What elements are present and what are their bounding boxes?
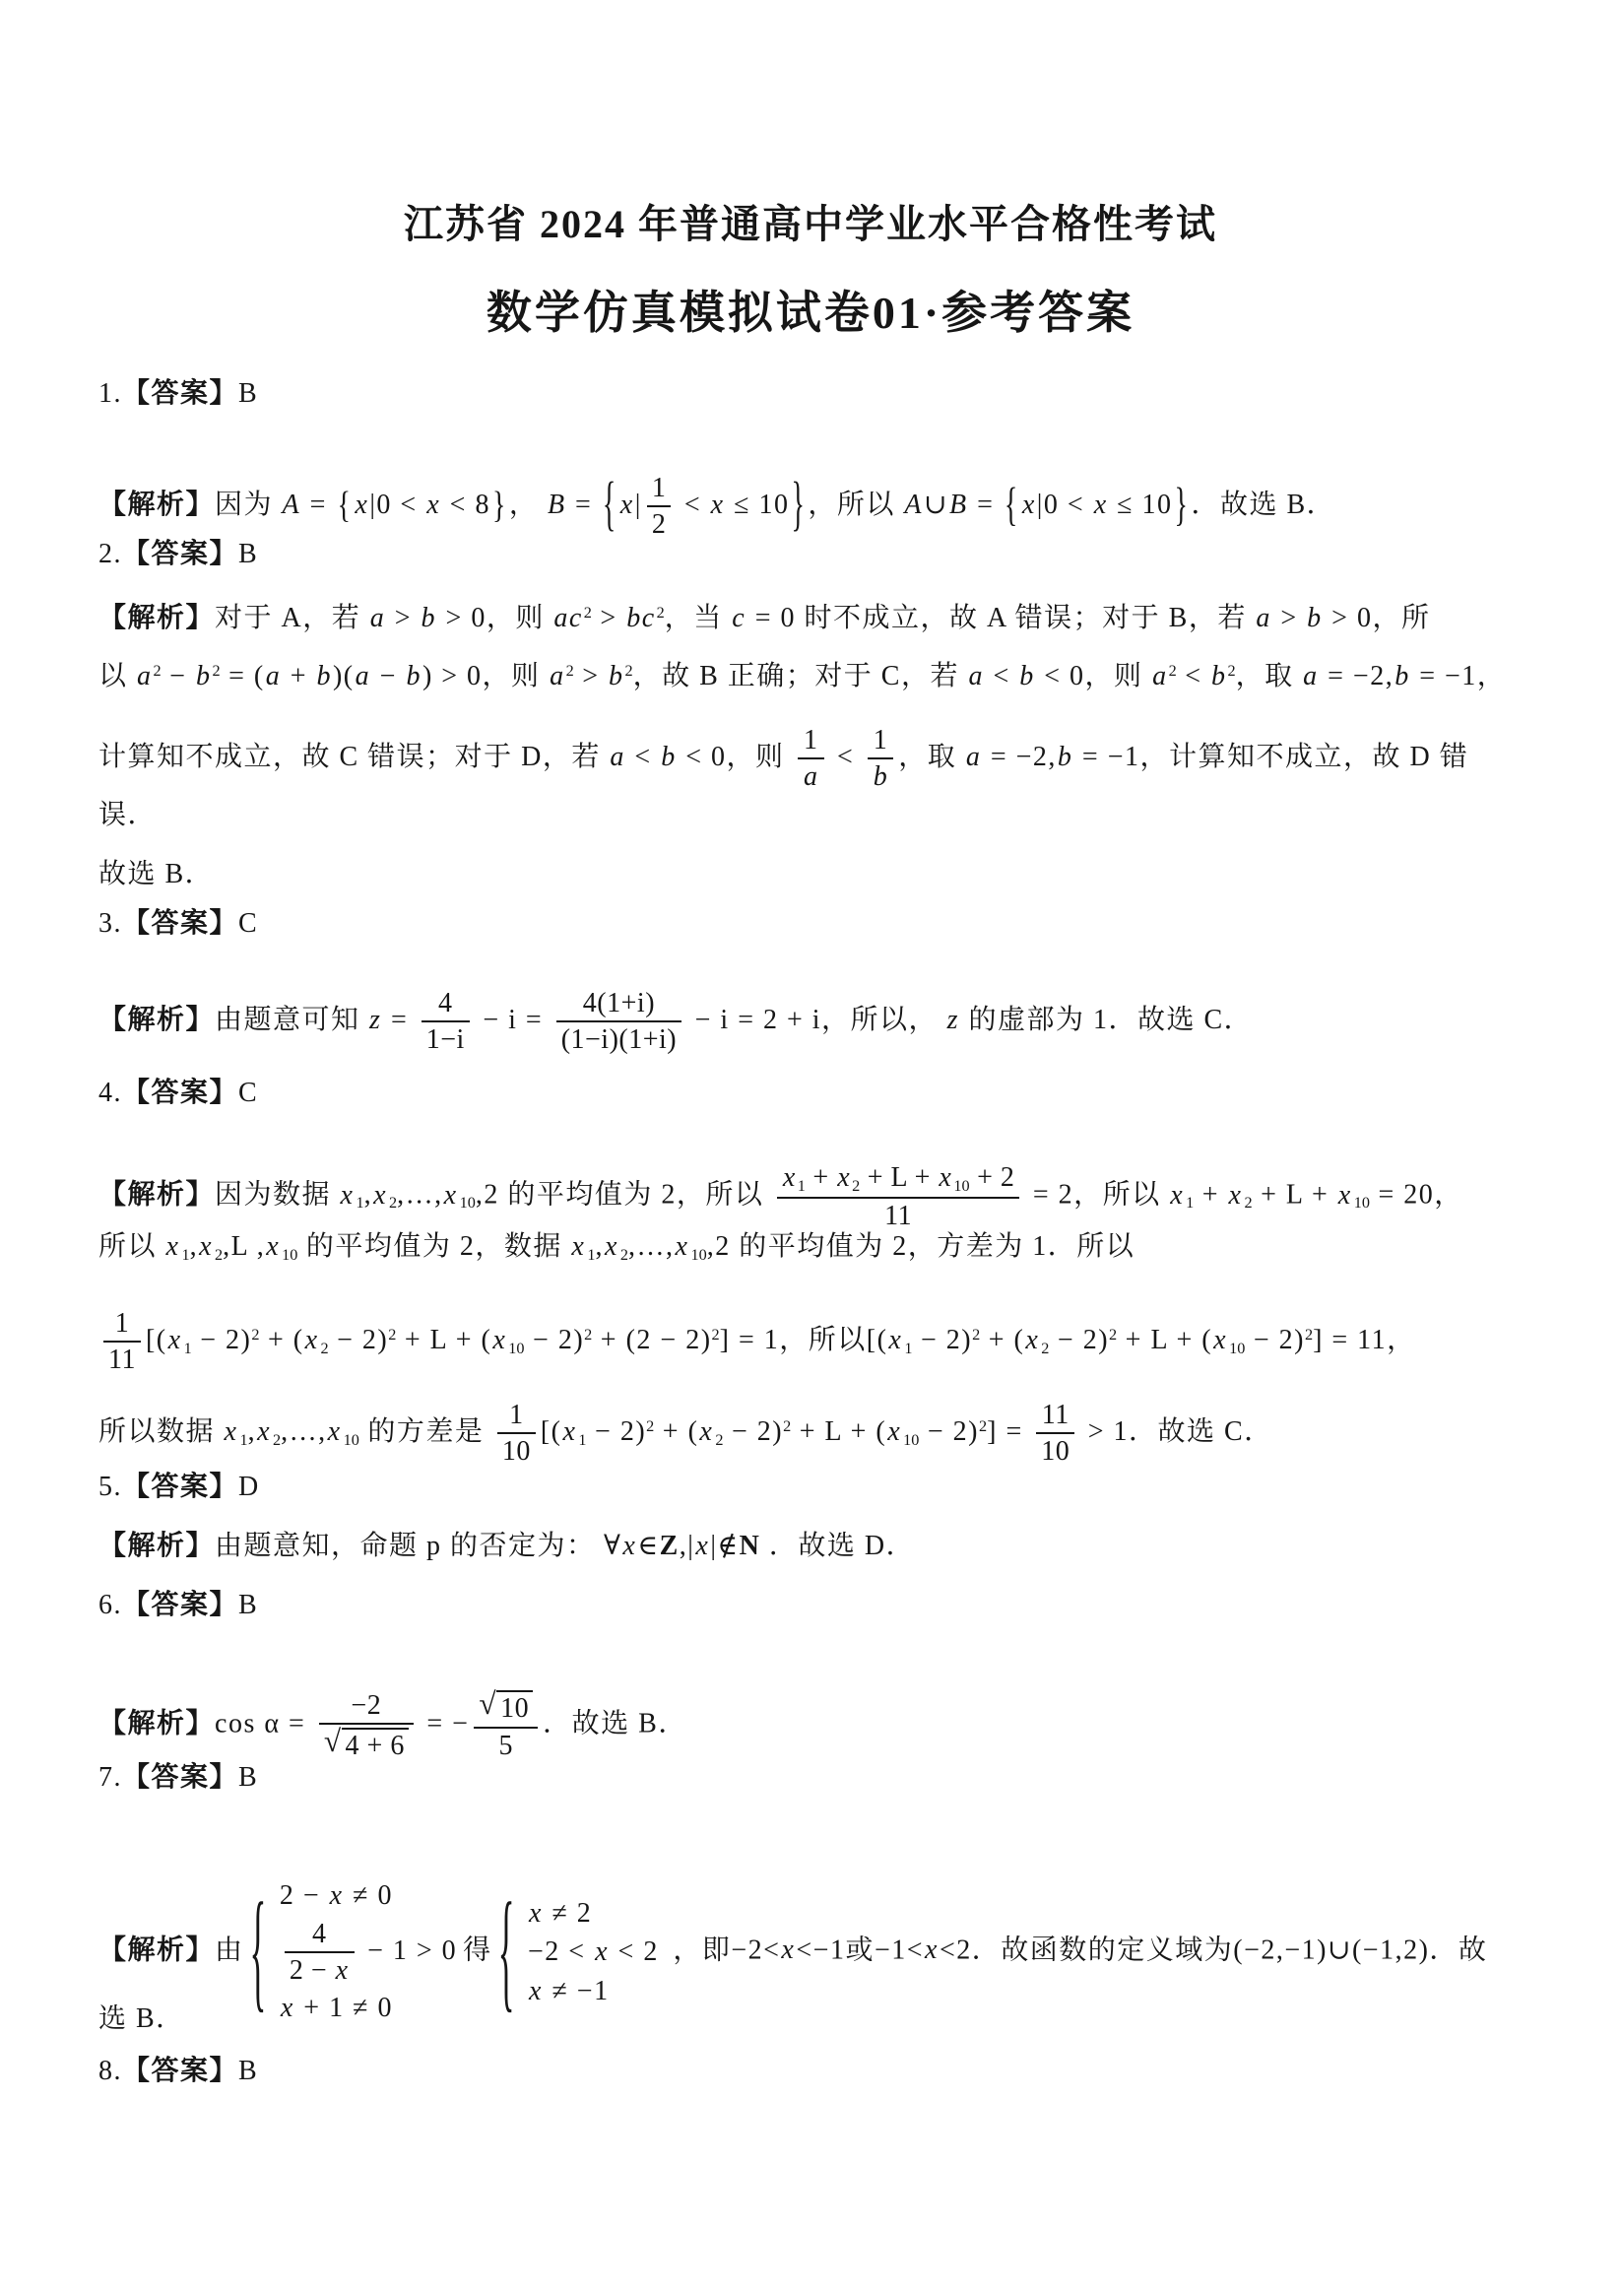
text-run: − 1 > 0	[359, 1935, 458, 1965]
text-run: <	[676, 490, 709, 520]
text-run: <−1或−1<	[796, 1935, 924, 1965]
text-run: > 0，所	[1324, 603, 1431, 633]
text-run: 2	[652, 509, 667, 540]
subscript: 10	[690, 1246, 706, 1264]
math-variable: a	[803, 761, 819, 792]
fraction-numerator: −2	[319, 1690, 414, 1723]
fraction-numerator: 1	[497, 1400, 536, 1432]
q5-answer-line: 5.【答案】D	[98, 1471, 1576, 1504]
text-run: 的虚部为 1．故选 C．	[960, 1005, 1253, 1035]
text-run: 以	[98, 661, 136, 691]
bold-text: N	[740, 1531, 761, 1561]
math-variable: x	[782, 1162, 797, 1193]
superscript: 2	[584, 604, 592, 622]
bold-text: Z	[660, 1531, 680, 1561]
math-variable: x	[491, 1325, 507, 1355]
fraction-numerator: 11	[1036, 1400, 1074, 1432]
fraction-denominator: 10	[497, 1432, 536, 1467]
text-run: +	[282, 661, 315, 691]
superscript: 2	[154, 662, 162, 680]
bold-text: 【答案】	[122, 378, 238, 409]
text-run: − 2)	[1049, 1325, 1109, 1355]
math-variable: x	[710, 490, 726, 520]
text-run: ，当	[665, 603, 732, 633]
text-run: ．故选 B．	[543, 1709, 687, 1739]
subscript: 1	[239, 1431, 247, 1449]
text-run: −	[371, 661, 405, 691]
square-root: √4 + 6	[324, 1728, 409, 1762]
fraction-numerator: 4(1+i)	[556, 988, 681, 1020]
math-variable: b	[873, 761, 889, 792]
superscript: 2	[1227, 662, 1235, 680]
fraction-numerator: 1	[647, 473, 672, 505]
subscript: 10	[903, 1431, 919, 1449]
text-run: D	[238, 1472, 260, 1502]
fraction-denominator: √4 + 6	[319, 1723, 414, 1761]
text-run: −	[162, 661, 195, 691]
fraction-numerator: 4	[285, 1919, 355, 1951]
fraction-denominator: 2 − x	[285, 1951, 355, 1986]
superscript: 2	[657, 604, 665, 622]
equation-system: {x ≠ 2−2 < x < 2x ≠ −1	[498, 1897, 659, 2008]
text-run: |	[635, 490, 642, 520]
text-run: B	[238, 1590, 258, 1620]
fraction-numerator: x1 + x2 + L + x10 + 2	[777, 1162, 1020, 1197]
text-run: −2	[351, 1690, 381, 1721]
text-run: =	[567, 490, 601, 520]
radicand: 4 + 6	[342, 1728, 409, 1762]
text-run: B	[238, 1762, 258, 1793]
text-run: 6.	[98, 1590, 122, 1620]
text-run: |∉	[710, 1531, 739, 1561]
text-run: 2 −	[290, 1955, 335, 1986]
radical-icon: √	[479, 1688, 496, 1719]
text-run: ,	[248, 1416, 257, 1447]
text-run: − 2)	[329, 1325, 389, 1355]
document-page: 江苏省 2024 年普通高中学业水平合格性考试 数学仿真模拟试卷01·参考答案 …	[0, 0, 1621, 2296]
q2-analysis-line-1: 【解析】对于 A，若 a > b > 0，则 ac2 > bc2，当 c = 0…	[98, 596, 1576, 635]
math-variable: x	[924, 1935, 940, 1965]
text-run: 误．	[98, 800, 157, 830]
subscript: 2	[273, 1431, 281, 1449]
q7-answer-line: 7.【答案】B	[98, 1761, 1576, 1795]
text-run: 4	[312, 1919, 327, 1949]
fraction: 1a	[798, 725, 824, 793]
subscript: 2	[215, 1246, 223, 1264]
square-root: √10	[479, 1690, 533, 1725]
text-run: 10	[1041, 1436, 1070, 1467]
math-variable: a	[1255, 603, 1272, 633]
text-run: < 2	[610, 1936, 659, 1967]
math-variable: a	[136, 661, 154, 691]
bold-text: 【答案】	[122, 1762, 238, 1793]
math-variable: a	[965, 742, 983, 772]
text-run: 4 + 6	[346, 1731, 405, 1761]
fraction: 1110	[1036, 1400, 1074, 1468]
text-run: < 8	[441, 490, 490, 520]
text-run: cos α =	[215, 1709, 314, 1739]
text-run: B	[238, 539, 258, 569]
math-variable: a	[549, 661, 566, 691]
fraction-denominator: b	[868, 757, 894, 792]
math-variable: x	[167, 1325, 183, 1355]
text-run: ∈	[637, 1531, 659, 1561]
equation-row: x ≠ 2	[528, 1897, 659, 1931]
text-run: 2.	[98, 539, 122, 569]
q4-analysis-line-4: 所以数据 x1,x2,…,x10 的方差是 110[(x1 − 2)2 + (x…	[98, 1400, 1576, 1468]
math-variable: c	[731, 603, 746, 633]
math-variable: x	[329, 1880, 345, 1911]
text-run: 得	[463, 1935, 492, 1965]
text-run: − 2)	[723, 1416, 783, 1447]
text-run: > 1．故选 C．	[1079, 1416, 1272, 1447]
math-variable: b	[1306, 603, 1324, 633]
text-run: <	[829, 742, 863, 772]
q2-analysis-line-3: 计算知不成立，故 C 错误；对于 D，若 a < b < 0，则 1a < 1b…	[98, 725, 1576, 793]
math-variable: x	[604, 1231, 619, 1262]
fraction-numerator: 1	[798, 725, 824, 757]
math-variable: x	[265, 1231, 281, 1262]
text-run: + L +	[1253, 1180, 1337, 1211]
q1-analysis-line: 【解析】因为 A = {x|0 < x < 8}， B = {x|12 < x …	[98, 473, 1576, 541]
text-run: ≠ 0	[345, 1880, 393, 1911]
math-variable: x	[698, 1416, 714, 1447]
q8-answer-line: 8.【答案】B	[98, 2055, 1576, 2088]
text-run: ，即−2<	[665, 1935, 781, 1965]
text-run: − 2)	[192, 1325, 252, 1355]
math-variable: x	[594, 1936, 610, 1967]
math-variable: x	[372, 1180, 388, 1211]
text-run: B	[238, 2056, 258, 2086]
stretch-delimiter: {	[337, 484, 352, 529]
q1-answer-line: 1.【答案】B	[98, 377, 1576, 411]
math-variable: b	[405, 661, 422, 691]
text-run: ,|	[680, 1531, 695, 1561]
text-run: − i = 2 + i，所以，	[686, 1005, 945, 1035]
fraction: −2√4 + 6	[319, 1690, 414, 1761]
stretch-delimiter: }	[791, 470, 806, 544]
text-run: + (	[980, 1325, 1024, 1355]
text-run: + (	[259, 1325, 303, 1355]
text-run: 因为	[215, 490, 282, 520]
q4-analysis-line-3: 111[(x1 − 2)2 + (x2 − 2)2 + L + (x10 − 2…	[98, 1308, 1576, 1376]
bold-text: 【答案】	[122, 1472, 238, 1502]
text-run: >	[386, 603, 420, 633]
math-variable: B	[948, 490, 969, 520]
superscript: 2	[979, 1417, 987, 1435]
text-run: ,2 的平均值为 2，所以	[476, 1180, 772, 1211]
math-variable: a	[967, 661, 985, 691]
text-run: <2．故函数的定义域为(−2,−1)∪(−1,2)．故	[940, 1935, 1487, 1965]
text-run: − i =	[475, 1005, 551, 1035]
fraction-denominator: 11	[777, 1197, 1020, 1231]
math-variable: x	[528, 1898, 544, 1929]
stretch-delimiter: {	[603, 470, 617, 544]
text-run: [(	[541, 1416, 562, 1447]
superscript: 2	[1305, 1326, 1313, 1344]
q6-analysis-line: 【解析】cos α = −2√4 + 6 = −√105．故选 B．	[98, 1690, 1576, 1761]
fraction-denominator: 2	[647, 505, 672, 540]
q2-analysis-line-4: 误．	[98, 799, 1576, 832]
text-run: ,	[190, 1231, 199, 1262]
math-variable: b	[1018, 661, 1036, 691]
text-run: = −2,	[982, 742, 1057, 772]
fraction-denominator: 5	[474, 1727, 538, 1761]
text-run: 计算知不成立，故 C 错误；对于 D，若	[98, 742, 609, 772]
subscript: 10	[953, 1177, 969, 1195]
equation-rows: x ≠ 2−2 < x < 2x ≠ −1	[528, 1897, 659, 2008]
text-run: ,…,	[628, 1231, 675, 1262]
bold-text: 【答案】	[122, 539, 238, 569]
math-variable: x	[354, 490, 369, 520]
text-run: = −1，	[1411, 661, 1507, 691]
text-run: C	[238, 1078, 258, 1108]
math-variable: z	[946, 1005, 960, 1035]
text-run: 4.	[98, 1078, 122, 1108]
superscript: 2	[624, 662, 632, 680]
math-variable: x	[443, 1180, 459, 1211]
text-run: +	[806, 1162, 836, 1193]
text-run: 由题意知，命题 p 的否定为： ∀	[215, 1531, 621, 1561]
bold-text: 【解析】	[98, 603, 215, 633]
document-title: 江苏省 2024 年普通高中学业水平合格性考试	[98, 201, 1523, 248]
fraction: √105	[474, 1690, 538, 1761]
q6-answer-line: 6.【答案】B	[98, 1589, 1576, 1622]
math-variable: x	[335, 1955, 350, 1986]
text-run: 1	[874, 725, 888, 755]
text-run: ，所以	[808, 490, 903, 520]
q4-answer-line: 4.【答案】C	[98, 1077, 1576, 1110]
math-variable: a	[1302, 661, 1320, 691]
math-variable: z	[368, 1005, 382, 1035]
text-run: B	[238, 378, 258, 409]
left-brace-icon: {	[498, 1887, 516, 2018]
fraction: 12	[647, 473, 672, 541]
math-variable: x	[256, 1416, 272, 1447]
text-run: >	[592, 603, 625, 633]
superscript: 2	[712, 1326, 720, 1344]
text-run: 1	[509, 1400, 524, 1430]
math-variable: x	[340, 1180, 356, 1211]
math-variable: a	[355, 661, 372, 691]
left-brace-icon: {	[250, 1887, 268, 2018]
text-run: ，取	[1236, 661, 1303, 691]
text-run: 10	[502, 1436, 531, 1467]
text-run: 1	[115, 1308, 130, 1339]
text-run: + L +	[860, 1162, 938, 1193]
text-run: − 2)	[587, 1416, 647, 1447]
math-variable: x	[570, 1231, 586, 1262]
q4-analysis-line-1: 【解析】因为数据 x1,x2,…,x10,2 的平均值为 2，所以 x1 + x…	[98, 1162, 1576, 1231]
text-run: <	[626, 742, 660, 772]
fraction-numerator: √10	[474, 1690, 538, 1727]
fraction-denominator: (1−i)(1+i)	[556, 1020, 681, 1055]
text-run: 4	[438, 988, 453, 1018]
q4-analysis-line-2: 所以 x1,x2,L ,x10 的平均值为 2，数据 x1,x2,…,x10,2…	[98, 1230, 1576, 1272]
bold-text: 【答案】	[122, 1590, 238, 1620]
text-run: 所以数据	[98, 1416, 224, 1447]
fraction: 42 − x	[285, 1919, 355, 1987]
subscript: 1	[356, 1194, 363, 1212]
subscript: 10	[344, 1431, 359, 1449]
text-run: 1−i	[426, 1024, 465, 1055]
text-run: ≤ 10	[1109, 490, 1173, 520]
text-run: 由	[215, 1935, 244, 1965]
subscript: 10	[460, 1194, 476, 1212]
q2-answer-line: 2.【答案】B	[98, 538, 1576, 571]
math-variable: b	[195, 661, 213, 691]
math-variable: x	[619, 490, 635, 520]
math-variable: x	[327, 1416, 343, 1447]
math-variable: b	[1394, 661, 1411, 691]
text-run: − 2)	[525, 1325, 585, 1355]
math-variable: a	[609, 742, 626, 772]
text-run: ,L ,	[223, 1231, 265, 1262]
text-run: 1	[804, 725, 818, 755]
bold-text: 【解析】	[98, 1531, 215, 1561]
text-run: ] =	[987, 1416, 1031, 1447]
subscript: 10	[282, 1246, 297, 1264]
math-variable: b	[1210, 661, 1228, 691]
math-variable: x	[1093, 490, 1109, 520]
text-run: <	[985, 661, 1018, 691]
equation-row: 2 − x ≠ 0	[280, 1879, 457, 1913]
text-run: + L + (	[1117, 1325, 1212, 1355]
text-run: C	[238, 908, 258, 939]
text-run: − 2)	[912, 1325, 972, 1355]
subscript: 1	[181, 1246, 189, 1264]
text-run: 1.	[98, 378, 122, 409]
fraction: 41−i	[421, 988, 470, 1056]
text-run: ) > 0，则	[422, 661, 549, 691]
math-variable: x	[425, 490, 441, 520]
fraction-numerator: 1	[103, 1308, 141, 1341]
math-variable: x	[304, 1325, 320, 1355]
math-variable: A	[282, 490, 302, 520]
math-variable: x	[1337, 1180, 1353, 1211]
text-run: ≤ 10	[726, 490, 790, 520]
text-run: ．故选 B．	[1191, 490, 1335, 520]
text-run: 的方差是	[359, 1416, 492, 1447]
math-variable: x	[224, 1416, 239, 1447]
text-run: >	[574, 661, 608, 691]
math-variable: x	[621, 1531, 637, 1561]
text-run: <	[1177, 661, 1210, 691]
math-variable: x	[1228, 1180, 1244, 1211]
text-run: 2 −	[280, 1880, 329, 1911]
math-variable: x	[1021, 490, 1037, 520]
text-run: 11	[108, 1345, 136, 1375]
equation-row: −2 < x < 2	[528, 1935, 659, 1969]
superscript: 2	[1109, 1326, 1117, 1344]
text-run: |0 <	[369, 490, 425, 520]
text-run: ∪	[924, 490, 948, 520]
text-run: − 2)	[919, 1416, 979, 1447]
text-run: ,…,	[397, 1180, 443, 1211]
math-variable: ac	[552, 603, 583, 633]
equation-row: 42 − x − 1 > 0	[280, 1919, 457, 1987]
stretch-delimiter: }	[492, 484, 507, 529]
fraction-numerator: 4	[421, 988, 470, 1020]
text-run: = −2,	[1320, 661, 1394, 691]
q3-answer-line: 3.【答案】C	[98, 907, 1576, 941]
text-run: < 0，则	[1036, 661, 1151, 691]
math-variable: b	[421, 603, 438, 633]
bold-text: 【解析】	[98, 1180, 215, 1211]
text-run: =	[969, 490, 1003, 520]
math-variable: x	[1024, 1325, 1040, 1355]
text-run: = 2，所以	[1024, 1180, 1169, 1211]
bold-text: 【解析】	[98, 1709, 215, 1739]
text-run: 对于 A，若	[215, 603, 369, 633]
text-run: >	[1272, 603, 1306, 633]
q5-analysis-line: 【解析】由题意知，命题 p 的否定为： ∀x∈Z,|x|∉N ．故选 D．	[98, 1530, 1576, 1563]
q2-analysis-line-2: 以 a2 − b2 = (a + b)(a − b) > 0，则 a2 > b2…	[98, 654, 1576, 693]
math-variable: x	[1212, 1325, 1228, 1355]
subscript: 10	[508, 1340, 524, 1357]
text-run: + L + (	[396, 1325, 491, 1355]
text-run: ] = 11，	[1313, 1325, 1416, 1355]
fraction-denominator: 10	[1036, 1432, 1074, 1467]
text-run: 8.	[98, 2056, 122, 2086]
fraction-denominator: 11	[103, 1341, 141, 1375]
q7-analysis-line-2: 选 B．	[98, 2002, 1576, 2036]
text-run: ,	[364, 1180, 373, 1211]
text-run: − 2)	[1245, 1325, 1305, 1355]
math-variable: x	[938, 1162, 952, 1193]
text-run: + (2 − 2)	[592, 1325, 711, 1355]
text-run: =	[382, 1005, 416, 1035]
math-variable: x	[561, 1416, 577, 1447]
superscript: 2	[1169, 662, 1177, 680]
text-run: 11	[884, 1201, 912, 1231]
text-run: 5	[499, 1731, 514, 1761]
math-variable: a	[265, 661, 283, 691]
fraction: 1b	[868, 725, 894, 793]
math-variable: b	[660, 742, 678, 772]
subscript: 2	[620, 1246, 628, 1264]
text-run: ，取	[898, 742, 965, 772]
math-variable: b	[608, 661, 625, 691]
text-run: 故选 B．	[98, 859, 214, 889]
math-variable: x	[836, 1162, 851, 1193]
subscript: 2	[389, 1194, 397, 1212]
text-run: = −	[419, 1709, 470, 1739]
text-run: = 0 时不成立，故 A 错误；对于 B，若	[746, 603, 1255, 633]
subscript: 10	[1229, 1340, 1245, 1357]
text-run: 3.	[98, 908, 122, 939]
math-variable: x	[1169, 1180, 1185, 1211]
text-run: > 0，则	[437, 603, 552, 633]
text-run: + L + (	[791, 1416, 886, 1447]
text-run: =	[301, 490, 335, 520]
text-run: = (	[221, 661, 265, 691]
fraction: 4(1+i)(1−i)(1+i)	[556, 988, 681, 1056]
text-run: 11	[1042, 1400, 1070, 1430]
bold-text: 【答案】	[122, 908, 238, 939]
superscript: 2	[566, 662, 574, 680]
text-run: 7.	[98, 1762, 122, 1793]
bold-text: 【解析】	[98, 1935, 215, 1965]
text-run: ,2 的平均值为 2，方差为 1．所以	[707, 1231, 1135, 1262]
bold-text: 【解析】	[98, 490, 215, 520]
text-run: )(	[333, 661, 355, 691]
text-run: + 2	[970, 1162, 1015, 1193]
text-run: 的平均值为 2，数据	[297, 1231, 570, 1262]
subscript: 10	[1354, 1194, 1370, 1212]
math-variable: b	[1057, 742, 1074, 772]
text-run: 因为数据	[215, 1180, 340, 1211]
